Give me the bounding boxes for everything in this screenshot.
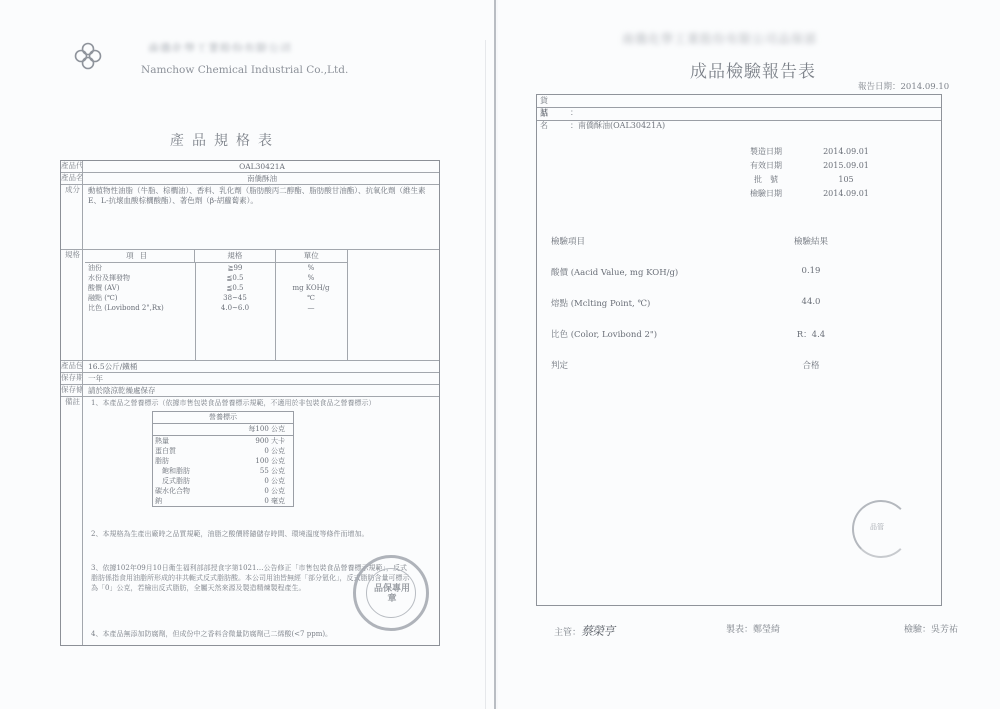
nutrient-value: 100 公克 bbox=[255, 456, 285, 466]
spec-unit: — bbox=[275, 303, 347, 313]
nutrition-table: 營養標示 每100 公克 熱量900 大卡蛋白質0 公克脂肪100 公克 飽和脂… bbox=[152, 411, 294, 507]
test-item: 熔點 (Mclting Point, ℃) bbox=[551, 297, 650, 328]
product-code-label: 產品代號 bbox=[61, 161, 83, 172]
spec-value: ≦0.5 bbox=[195, 273, 275, 283]
spec-inner-table: 項目 規格 單位 油份 水份及揮發物 酸價 (AV) 融點 (℃) 比色 (Lo… bbox=[85, 250, 348, 360]
ingredients-row: 成分 動植物性油脂（牛脂、棕櫚油）、香料、乳化劑（脂肪酸丙二醇酯、脂肪酸甘油酯）… bbox=[61, 185, 439, 250]
spec-item: 油份 bbox=[88, 263, 195, 273]
spec-unit: % bbox=[275, 263, 347, 273]
page-divider bbox=[494, 0, 496, 709]
test-result: 0.19 bbox=[781, 266, 841, 297]
spec-item: 比色 (Lovibond 2",Rx) bbox=[88, 303, 195, 313]
company-logo-icon bbox=[74, 42, 102, 70]
qc-stamp-text: 品管 bbox=[870, 522, 884, 532]
quality-stamp: 品保專用章 bbox=[353, 555, 429, 631]
report-date-label: 報告日期： bbox=[858, 82, 901, 92]
packaging-value: 16.5公斤/鐵桶 bbox=[85, 361, 439, 373]
inspector-name: 吳芳祐 bbox=[931, 625, 958, 635]
nutrient-name: 反式脂肪 bbox=[155, 476, 190, 486]
dates-block: 製造日期2014.09.01 有效日期2015.09.01 批 號105 檢驗日… bbox=[721, 145, 881, 201]
product-spec-sheet: 南僑化學工業股份有限公司 Namchow Chemical Industrial… bbox=[0, 0, 494, 709]
manufacture-date-value: 2014.09.01 bbox=[811, 145, 881, 159]
batch-number-value: 105 bbox=[811, 173, 881, 187]
nutrient-name: 脂肪 bbox=[155, 456, 169, 466]
inspection-date-label: 檢驗日期 bbox=[721, 187, 811, 201]
nutrient-name: 飽和脂肪 bbox=[155, 466, 190, 476]
spec-value: 38~45 bbox=[195, 293, 275, 303]
shelf-life-value: 一年 bbox=[85, 373, 439, 385]
qc-stamp: 品管 bbox=[852, 500, 910, 558]
storage-label: 保存條件 bbox=[61, 385, 83, 396]
nutrient-name: 鈉 bbox=[155, 496, 162, 506]
ingredients-value: 動植物性油脂（牛脂、棕櫚油）、香料、乳化劑（脂肪酸丙二醇酯、脂肪酸甘油酯）、抗氧… bbox=[85, 185, 439, 207]
spec-unit: % bbox=[275, 273, 347, 283]
test-row: 酸價 (Aacid Value, mg KOH/g)0.19 bbox=[551, 266, 841, 297]
company-name-en: Namchow Chemical Industrial Co.,Ltd. bbox=[141, 64, 348, 76]
nutrient-name: 碳水化合物 bbox=[155, 486, 190, 496]
product-name-label: 品名 bbox=[540, 108, 570, 132]
test-results: 檢驗項目 檢驗結果 酸價 (Aacid Value, mg KOH/g)0.19… bbox=[551, 235, 841, 390]
spec-header-spec: 規格 bbox=[195, 250, 275, 262]
ingredients-label: 成分 bbox=[61, 185, 83, 249]
nutrition-row: 熱量900 大卡 bbox=[153, 436, 293, 446]
nutrient-value: 900 大卡 bbox=[255, 436, 285, 446]
test-item: 比色 (Color, Lovibond 2") bbox=[551, 328, 657, 359]
supervisor-signature: 主管：蔡榮亨 bbox=[554, 622, 614, 639]
spec-item: 酸價 (AV) bbox=[88, 283, 195, 293]
product-code-row: 產品代號 OAL30421A bbox=[61, 161, 439, 173]
item-number-row: 貨號： bbox=[537, 95, 941, 108]
nutrient-name: 熱量 bbox=[155, 436, 169, 446]
expiry-date-value: 2015.09.01 bbox=[811, 159, 881, 173]
expiry-date-label: 有效日期 bbox=[721, 159, 811, 173]
nutrition-row: 蛋白質0 公克 bbox=[153, 446, 293, 456]
stamp-text: 品保專用章 bbox=[370, 584, 414, 604]
supervisor-sig: 蔡榮亨 bbox=[581, 624, 614, 638]
inspection-date-value: 2014.09.01 bbox=[811, 187, 881, 201]
inspector-label: 檢驗： bbox=[904, 625, 931, 635]
company-name-cn-redacted: 南僑化學工業股份有限公司 bbox=[148, 40, 338, 52]
packaging-label: 產品包裝 bbox=[61, 361, 83, 372]
nutrition-row: 脂肪100 公克 bbox=[153, 456, 293, 466]
nutrition-row: 反式脂肪0 公克 bbox=[153, 476, 293, 486]
note-4: 4、本產品無添加防腐劑，但成份中之香料含微量防腐劑己二烯酸(<7 ppm)。 bbox=[91, 629, 431, 639]
note-1: 1、本產品之營養標示（依據市售包裝食品營養標示規範，不適用於非包裝食品之營養標示… bbox=[91, 398, 431, 408]
report-company-name-redacted: 南僑化學工業股份有限公司品保部 bbox=[622, 30, 888, 44]
batch-number-label: 批 號 bbox=[721, 173, 811, 187]
supervisor-label: 主管： bbox=[554, 628, 581, 638]
shelf-life-row: 保存期限 一年 bbox=[61, 373, 439, 385]
spec-unit: ℃ bbox=[275, 293, 347, 303]
test-result: 44.0 bbox=[781, 297, 841, 328]
inspector-signature: 檢驗：吳芳祐 bbox=[904, 622, 958, 635]
manufacture-date-label: 製造日期 bbox=[721, 145, 811, 159]
product-code-value: OAL30421A bbox=[85, 161, 439, 173]
packaging-row: 產品包裝 16.5公斤/鐵桶 bbox=[61, 361, 439, 373]
nutrition-row: 碳水化合物0 公克 bbox=[153, 486, 293, 496]
preparer-label: 製表： bbox=[726, 625, 753, 635]
product-name-row: 產品名稱 南僑酥油 bbox=[61, 173, 439, 185]
report-date: 報告日期：2014.09.10 bbox=[858, 80, 949, 92]
nutrient-value: 0 公克 bbox=[264, 486, 285, 496]
test-header-item: 檢驗項目 bbox=[551, 235, 585, 266]
notes-label: 備註 bbox=[61, 397, 83, 645]
storage-row: 保存條件 請於陰涼乾燥處保存 bbox=[61, 385, 439, 397]
storage-value: 請於陰涼乾燥處保存 bbox=[85, 385, 439, 397]
spec-header-item: 項目 bbox=[85, 250, 195, 262]
test-result: 合格 bbox=[781, 359, 841, 390]
spec-header-unit: 單位 bbox=[276, 250, 347, 262]
nutrition-serving: 每100 公克 bbox=[153, 424, 293, 436]
report-date-value: 2014.09.10 bbox=[901, 82, 950, 92]
test-row: 比色 (Color, Lovibond 2")R：4.4 bbox=[551, 328, 841, 359]
spec-label: 規格 bbox=[61, 250, 83, 360]
test-row: 熔點 (Mclting Point, ℃)44.0 bbox=[551, 297, 841, 328]
nutrition-row: 飽和脂肪55 公克 bbox=[153, 466, 293, 476]
product-name-value: 南僑酥油 bbox=[85, 173, 439, 185]
nutrient-value: 0 公克 bbox=[264, 446, 285, 456]
spec-item: 水份及揮發物 bbox=[88, 273, 195, 283]
test-header-result: 檢驗結果 bbox=[781, 235, 841, 266]
spec-unit: mg KOH/g bbox=[275, 283, 347, 293]
nutrient-value: 0 毫克 bbox=[264, 496, 285, 506]
spec-value: 4.0~6.0 bbox=[195, 303, 275, 313]
nutrient-name: 蛋白質 bbox=[155, 446, 176, 456]
test-item: 判定 bbox=[551, 359, 568, 390]
report-title: 成品檢驗報告表 bbox=[690, 57, 816, 82]
preparer-name: 鄭瑩綺 bbox=[753, 625, 780, 635]
nutrient-value: 55 公克 bbox=[260, 466, 285, 476]
test-item: 酸價 (Aacid Value, mg KOH/g) bbox=[551, 266, 678, 297]
note-2: 2、本規格為生產出廠時之品質規範，油脂之酸價將隨儲存時間、環境溫度等條件而增加。 bbox=[91, 529, 431, 539]
spec-row: 規格 項目 規格 單位 油份 水份及揮發物 酸價 (AV) 融點 (℃) 比色 … bbox=[61, 250, 439, 361]
test-result: R：4.4 bbox=[781, 328, 841, 359]
product-name-value: 南僑酥油(OAL30421A) bbox=[578, 121, 665, 130]
document-title: 產品規格表 bbox=[170, 130, 280, 150]
shelf-life-label: 保存期限 bbox=[61, 373, 83, 384]
nutrient-value: 0 公克 bbox=[264, 476, 285, 486]
product-name-row: 品名：南僑酥油(OAL30421A) bbox=[537, 108, 941, 121]
nutrition-title: 營養標示 bbox=[153, 412, 293, 424]
spec-value: ≧99 bbox=[195, 263, 275, 273]
nutrition-row: 鈉0 毫克 bbox=[153, 496, 293, 506]
preparer-signature: 製表：鄭瑩綺 bbox=[726, 622, 780, 635]
spec-value: ≦0.5 bbox=[195, 283, 275, 293]
test-row: 判定合格 bbox=[551, 359, 841, 390]
product-name-label: 產品名稱 bbox=[61, 173, 83, 184]
spec-item: 融點 (℃) bbox=[88, 293, 195, 303]
